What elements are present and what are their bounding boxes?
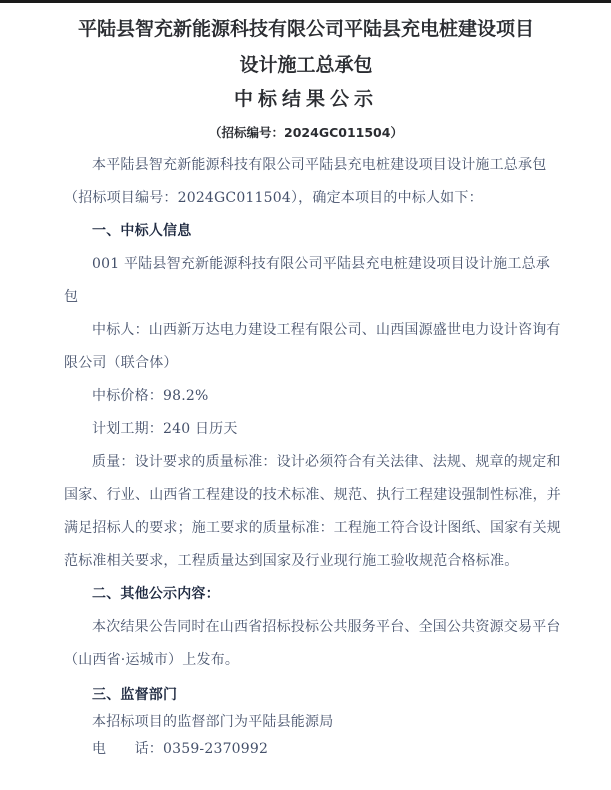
section-heading: 二、其他公示内容：: [64, 578, 548, 611]
body-line: 中标人：山西新万达电力建设工程有限公司、山西国源盛世电力设计咨询有: [64, 314, 548, 347]
body-line: 电 话：0359-2370992: [64, 736, 548, 763]
body-line: （招标项目编号：2024GC011504），确定本项目的中标人如下：: [64, 182, 548, 215]
announcement-document: 平陆县智充新能源科技有限公司平陆县充电桩建设项目 设计施工总承包 中标结果公示 …: [0, 3, 611, 763]
document-body: 本平陆县智充新能源科技有限公司平陆县充电桩建设项目设计施工总承包（招标项目编号：…: [64, 149, 548, 763]
body-line: 001 平陆县智充新能源科技有限公司平陆县充电桩建设项目设计施工总承: [64, 248, 548, 281]
body-line: 本平陆县智充新能源科技有限公司平陆县充电桩建设项目设计施工总承包: [64, 149, 548, 182]
document-title-line-2: 设计施工总承包: [64, 47, 548, 83]
section-heading: 一、中标人信息: [64, 215, 548, 248]
document-title-line-1: 平陆县智充新能源科技有限公司平陆县充电桩建设项目: [64, 11, 548, 47]
announcement-page: 平陆县智充新能源科技有限公司平陆县充电桩建设项目 设计施工总承包 中标结果公示 …: [0, 0, 611, 790]
body-line: （山西省·运城市）上发布。: [64, 644, 548, 677]
body-line: 范标准相关要求，工程质量达到国家及行业现行施工验收规范合格标准。: [64, 545, 548, 578]
body-line: 本次结果公告同时在山西省招标投标公共服务平台、全国公共资源交易平台: [64, 611, 548, 644]
body-line: 国家、行业、山西省工程建设的技术标准、规范、执行工程建设强制性标准，并: [64, 479, 548, 512]
bid-number: （招标编号：2024GC011504）: [64, 116, 548, 149]
body-line: 中标价格：98.2%: [64, 380, 548, 413]
body-line: 质量：设计要求的质量标准：设计必须符合有关法律、法规、规章的规定和: [64, 446, 548, 479]
section-heading: 三、监督部门: [64, 682, 548, 709]
body-line: 满足招标人的要求；施工要求的质量标准：工程施工符合设计图纸、国家有关规: [64, 512, 548, 545]
document-subtitle: 中标结果公示: [64, 83, 548, 116]
body-line: 本招标项目的监督部门为平陆县能源局: [64, 709, 548, 736]
body-line: 限公司（联合体）: [64, 347, 548, 380]
body-line: 包: [64, 281, 548, 314]
body-line: 计划工期：240 日历天: [64, 413, 548, 446]
